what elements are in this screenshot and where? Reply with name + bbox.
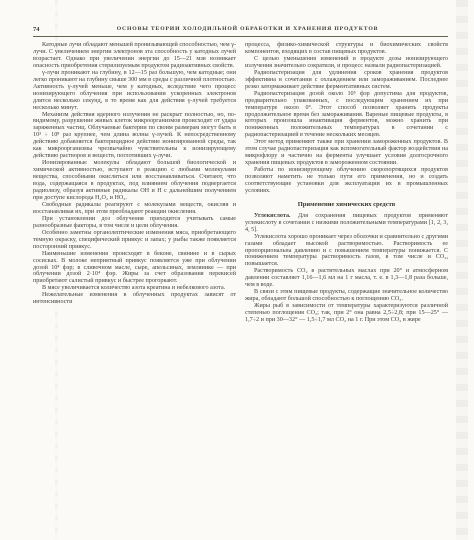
section-heading: Применение химических средств <box>279 201 414 209</box>
paragraph: Наименьшие изменения происходят в беконе… <box>33 251 236 286</box>
right-column: процесса, физико-химической структуры и … <box>245 42 448 324</box>
paragraph: Особенно заметны органолептические измен… <box>33 230 236 251</box>
paragraph: Радиопастеризация дозой около 10⁵ фэр до… <box>245 91 448 140</box>
left-column: Катодные лучи обладают меньшей пронизыва… <box>33 42 236 324</box>
page-content: 74 ОСНОВЫ ТЕОРИИ ХОЛОДИЛЬНОЙ ОБРАБОТКИ И… <box>33 26 448 324</box>
paragraph: Этот метод применяют также при хранении … <box>245 139 448 167</box>
paragraph: Свободные радикалы реагируют с молекулам… <box>33 202 236 216</box>
running-header: 74 ОСНОВЫ ТЕОРИИ ХОЛОДИЛЬНОЙ ОБРАБОТКИ И… <box>33 26 448 35</box>
paragraph: Работы по ионизирующему облучению скороп… <box>245 167 448 195</box>
paragraph: Катодные лучи обладают меньшей пронизыва… <box>33 42 236 70</box>
paragraph: При установлении доз облучения приходитс… <box>33 216 236 230</box>
page-number: 74 <box>33 26 39 33</box>
term-lead: Углекислота. <box>254 213 291 219</box>
header-rule <box>33 36 448 37</box>
paragraph: Ионизированные молекулы обладают большой… <box>33 160 236 202</box>
scanned-page: 74 ОСНОВЫ ТЕОРИИ ХОЛОДИЛЬНОЙ ОБРАБОТКИ И… <box>0 0 474 540</box>
paragraph: процесса, физико-химической структуры и … <box>245 42 448 56</box>
text-columns: Катодные лучи обладают меньшей пронизыва… <box>33 42 448 324</box>
paragraph: Жиры рыб в зависимости от температуры ха… <box>245 303 448 324</box>
paragraph: γ-лучи проникают на глубину, в 12—15 раз… <box>33 70 236 112</box>
paragraph: Радиопастеризация для удлинения сроков х… <box>245 70 448 91</box>
paragraph: Углекислота хорошо проникает через оболо… <box>245 234 448 269</box>
paragraph-with-lead: Углекислота. Для сохранения пищевых прод… <box>245 213 448 234</box>
paragraph: Нежелательные изменения в облученных про… <box>33 292 236 306</box>
running-title: ОСНОВЫ ТЕОРИИ ХОЛОДИЛЬНОЙ ОБРАБОТКИ И ХР… <box>33 26 448 32</box>
paragraph: С целью уменьшения изменений в продукте … <box>245 56 448 70</box>
paragraph: Механизм действия ядерного излучения не … <box>33 112 236 161</box>
paragraph: Растворимость CO₂ в растительных маслах … <box>245 268 448 289</box>
scan-artifact-right <box>456 0 468 540</box>
paragraph: В связи с этим пищевые продукты, содержа… <box>245 289 448 303</box>
